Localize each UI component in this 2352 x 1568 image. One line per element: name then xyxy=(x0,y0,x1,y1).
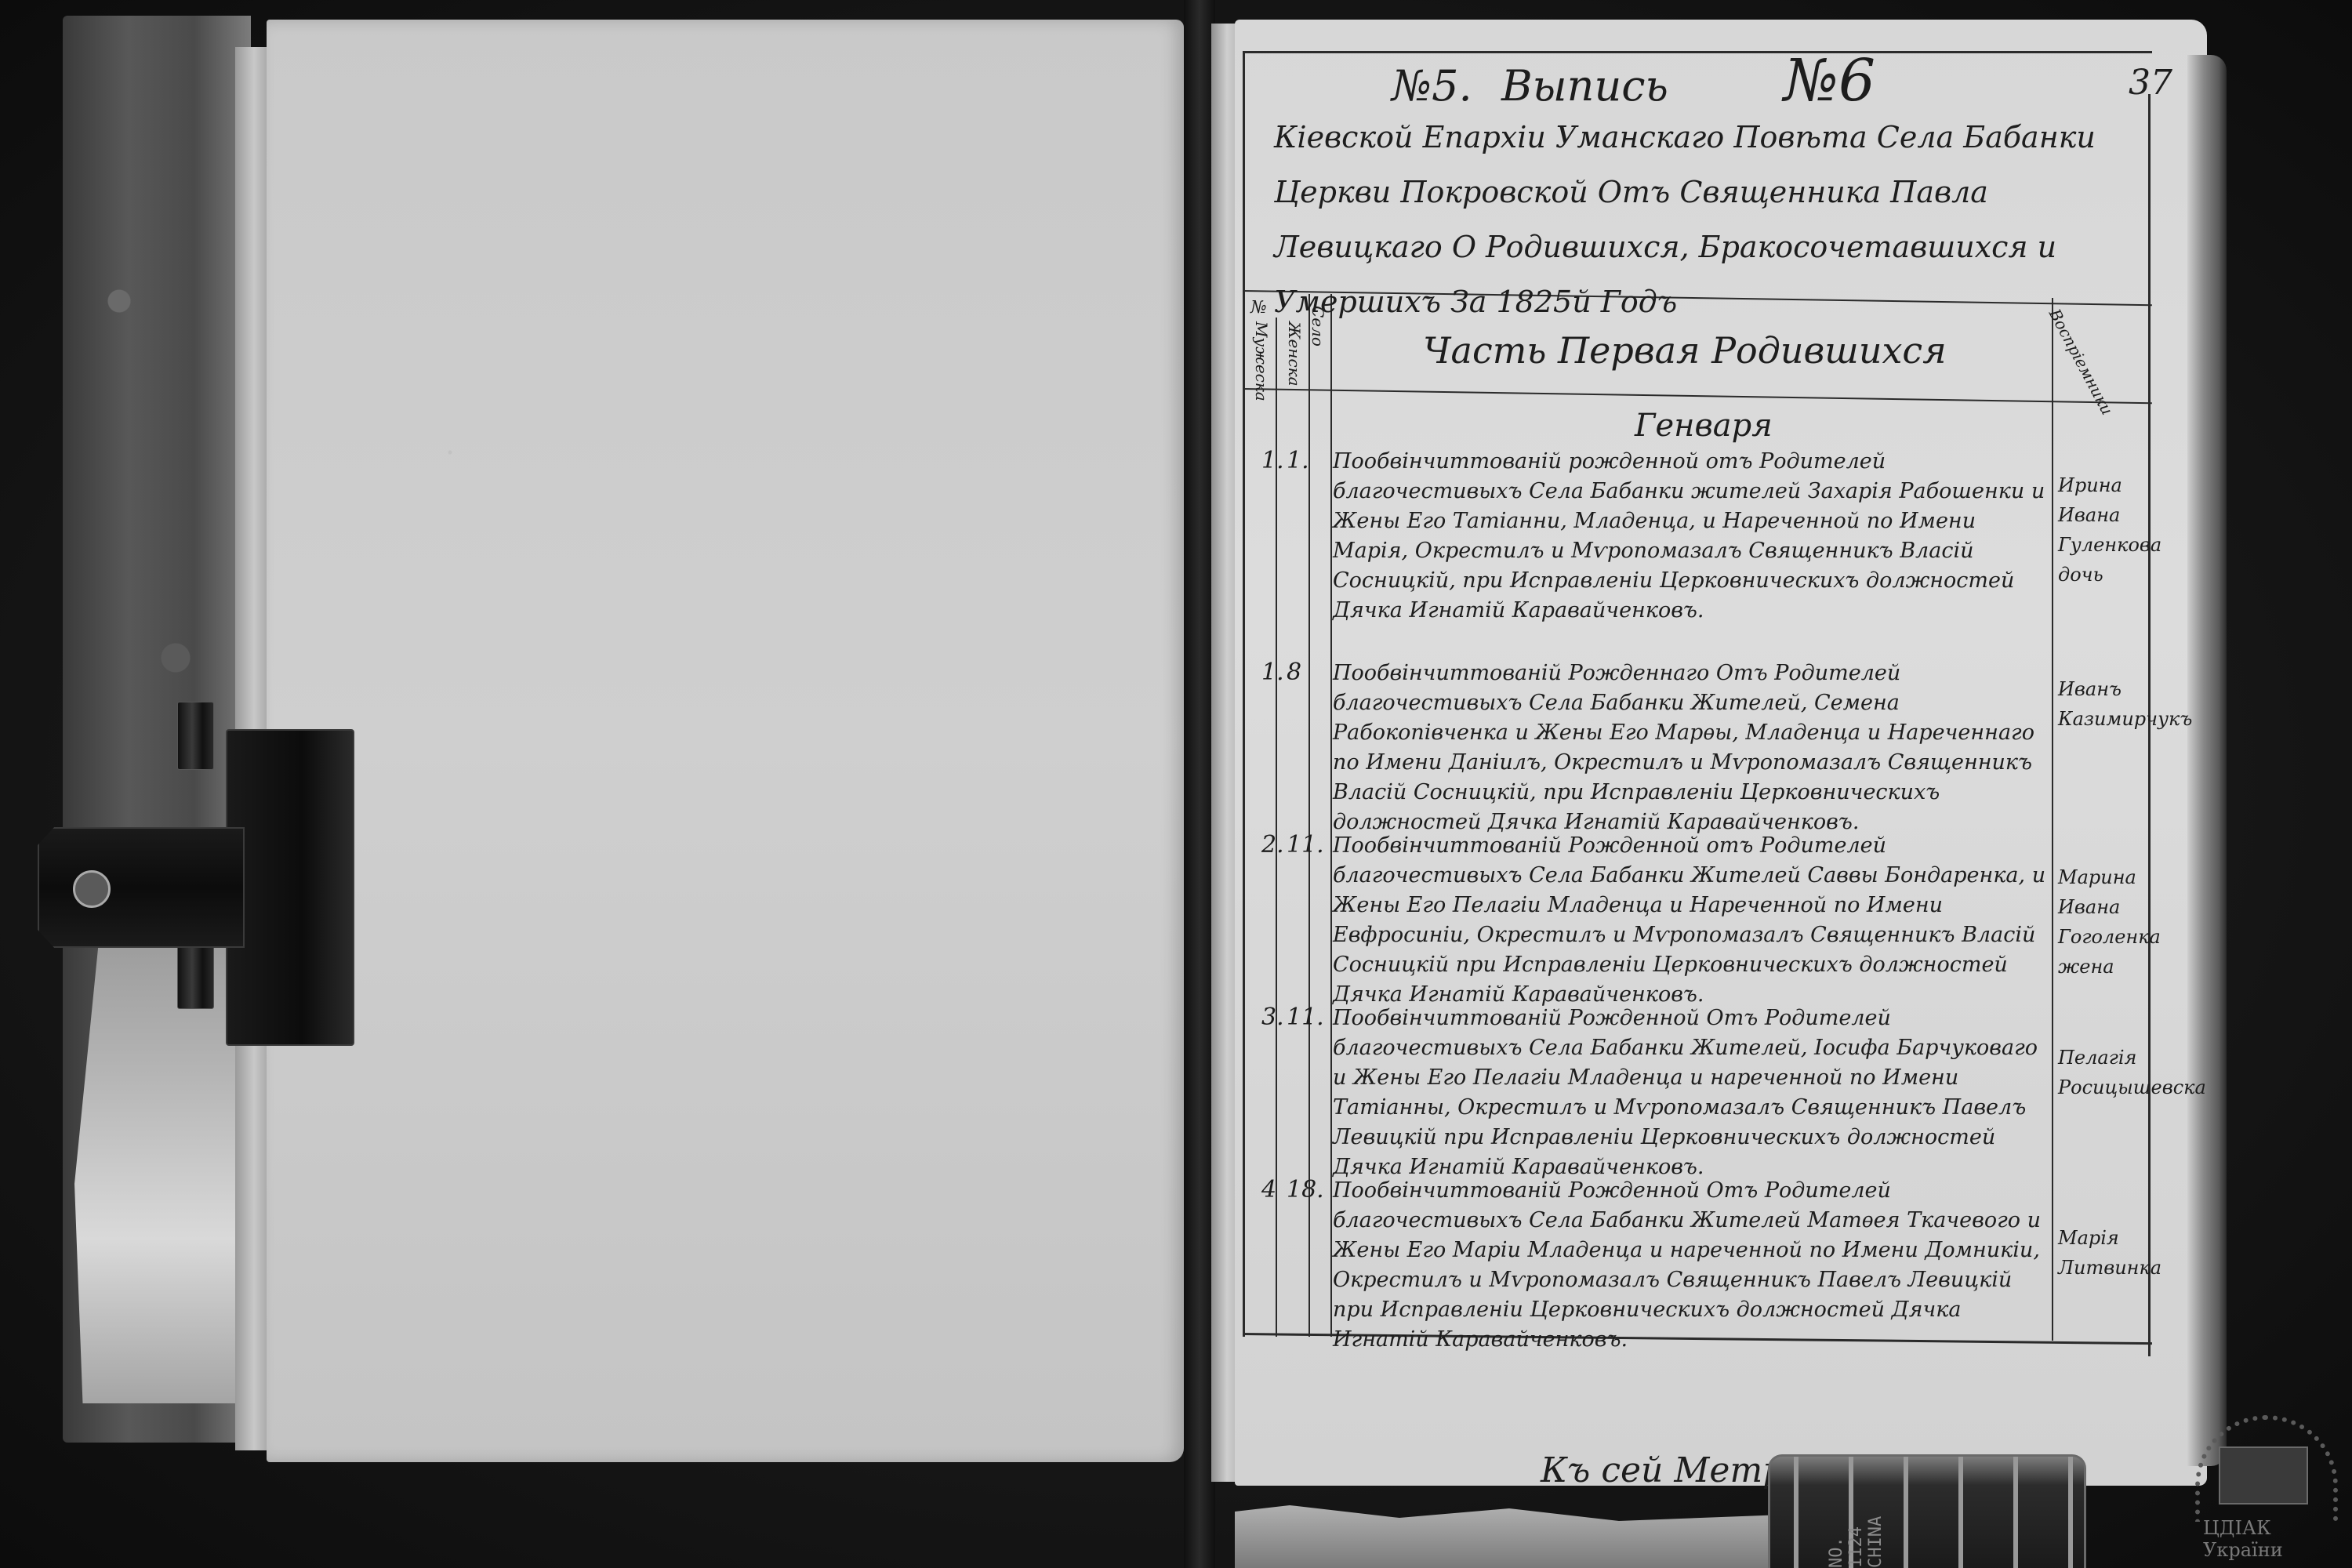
book-gutter xyxy=(1184,0,1215,1568)
right-page-stack xyxy=(2187,55,2227,1466)
record-number: №5. xyxy=(1392,61,1472,111)
clip-body xyxy=(226,729,354,1046)
header-bottom-rule xyxy=(1243,388,2152,404)
clip-hinge-bottom xyxy=(177,941,214,1009)
entry-text: Пообвінчиттованій Рожденной отъ Родителе… xyxy=(1333,831,2050,1010)
record-title-word: Выпись xyxy=(1501,61,1668,111)
entry-text: Пообвінчиттованій Рожденнаго Отъ Родител… xyxy=(1333,659,2050,837)
page-number-large: №6 xyxy=(1784,47,1875,114)
entry-female-number: 3. xyxy=(1261,1004,1284,1031)
top-rule xyxy=(1243,51,2152,53)
archive-watermark: ЦДІАК України xyxy=(2195,1415,2352,1548)
left-frame-rule xyxy=(1243,51,1245,1337)
folio-number: 37 xyxy=(2129,63,2172,103)
binder-clip-bottom xyxy=(1768,1454,2086,1568)
entry-godparents: Иванъ Казимирчукъ xyxy=(2058,674,2144,734)
metric-ledger: №5. Выпись №6 37 Кіевской Епархіи Уманск… xyxy=(1243,47,2152,1380)
binder-clip-left xyxy=(38,698,355,1011)
entry-godparents: Пелагія Росицышевска xyxy=(2058,1043,2144,1102)
col-header-number: № xyxy=(1250,298,1267,318)
entry-day: 1. xyxy=(1287,447,1309,474)
entry-godparents: Марина Ивана Гоголенка жена xyxy=(2058,862,2144,982)
entry-text: Пообвінчиттованій Рожденной Отъ Родителе… xyxy=(1333,1004,2050,1182)
clip-hole-icon xyxy=(73,870,111,908)
col-header-male: Мужеска xyxy=(1252,321,1271,401)
open-book-icon xyxy=(2219,1446,2308,1504)
entry-text: Пообвінчиттованій Рожденной Отъ Родителе… xyxy=(1333,1176,2050,1355)
col-header-village: Село xyxy=(1308,306,1327,347)
entry-male-number: 1. xyxy=(1261,659,1284,686)
archive-label: ЦДІАК України xyxy=(2203,1517,2352,1561)
entry-godparents: Ирина Ивана Гуленкова дочь xyxy=(2058,470,2144,590)
entry-day: 8 xyxy=(1287,659,1301,686)
entry-day: 18. xyxy=(1287,1176,1324,1203)
entry-godparents: Марія Литвинка xyxy=(2058,1223,2144,1283)
left-page-blank xyxy=(267,20,1184,1462)
entry-day: 11. xyxy=(1287,1004,1324,1031)
col-rule-godparents xyxy=(2052,298,2053,1341)
section-title: Часть Первая Родившихся xyxy=(1423,329,1947,372)
entry-female-number: 1. xyxy=(1261,447,1284,474)
entry-female-number: 2. xyxy=(1261,831,1284,858)
document-heading: Кіевской Епархіи Уманскаго Повѣта Села Б… xyxy=(1274,110,2144,329)
entry-text: Пообвінчиттованій рожденной отъ Родителе… xyxy=(1333,447,2050,626)
col-header-female: Женска xyxy=(1285,321,1304,387)
entry-female-number: 4 xyxy=(1261,1176,1276,1203)
col-rule-village xyxy=(1330,294,1332,1337)
entry-day: 11. xyxy=(1287,831,1324,858)
clip-tab xyxy=(38,827,245,948)
clip-label: NO. 1124 CHINA xyxy=(1827,1490,1886,1568)
month-heading: Генваря xyxy=(1635,408,1773,444)
clip-hinge-top xyxy=(177,702,214,770)
